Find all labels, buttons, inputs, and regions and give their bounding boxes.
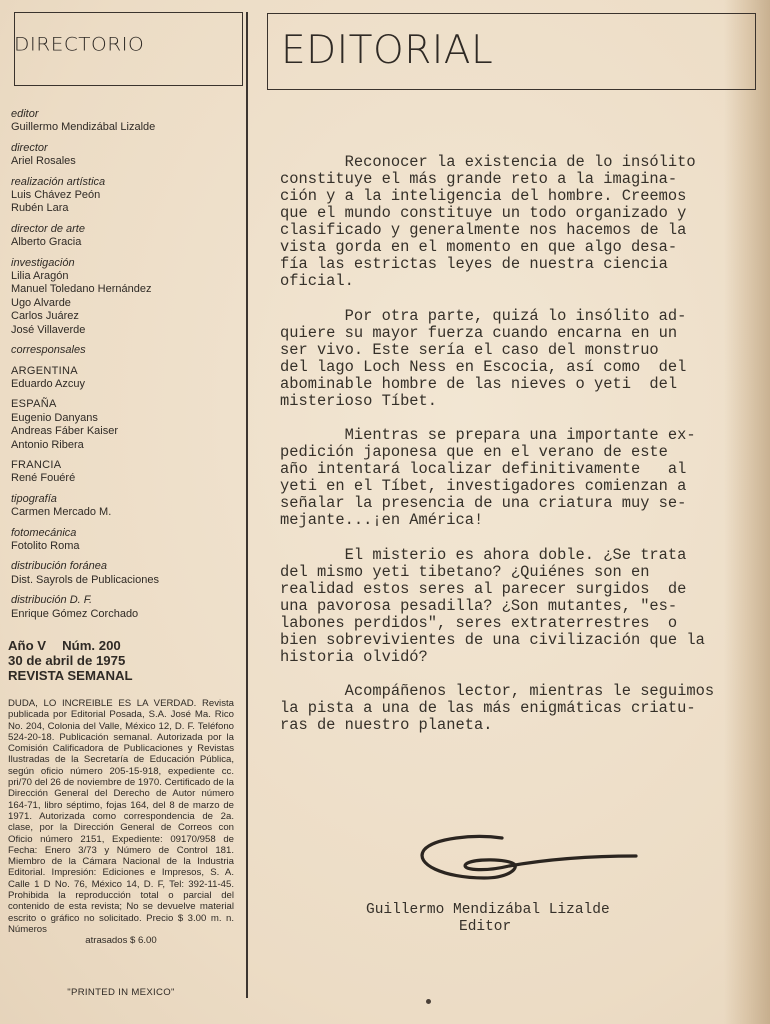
editorial-title: EDITORIAL: [281, 28, 493, 73]
staff-group: ARGENTINAEduardo Azcuy: [11, 365, 241, 392]
staff-country: ARGENTINA: [11, 365, 241, 378]
staff-role: editor: [11, 108, 241, 121]
staff-name: Alberto Gracia: [11, 236, 241, 249]
editorial-paragraph: El misterio es ahora doble. ¿Se trata de…: [280, 547, 750, 666]
staff-group: corresponsales: [11, 344, 241, 357]
staff-role: distribución foránea: [11, 560, 241, 573]
staff-group: ESPAÑAEugenio DanyansAndreas Fáber Kaise…: [11, 398, 241, 452]
staff-country: ESPAÑA: [11, 398, 241, 411]
staff-group: directorAriel Rosales: [11, 142, 241, 169]
staff-role: director de arte: [11, 223, 241, 236]
staff-role: fotomecánica: [11, 527, 241, 540]
printed-in-mexico: "PRINTED IN MEXICO": [8, 987, 234, 998]
editorial-paragraph: Reconocer la existencia de lo insólito c…: [280, 154, 750, 290]
staff-role: distribución D. F.: [11, 594, 241, 607]
back-issues-price: atrasados $ 6.00: [8, 935, 234, 946]
staff-name: Lilia Aragón: [11, 270, 241, 283]
staff-role: corresponsales: [11, 344, 241, 357]
staff-name: Luis Chávez Peón: [11, 189, 241, 202]
staff-name: Guillermo Mendizábal Lizalde: [11, 121, 241, 134]
staff-role: tipografía: [11, 493, 241, 506]
staff-name: Andreas Fáber Kaiser: [11, 425, 241, 438]
staff-name: Fotolito Roma: [11, 540, 241, 553]
ink-spot: [426, 999, 431, 1004]
staff-group: fotomecánicaFotolito Roma: [11, 527, 241, 554]
staff-group: editorGuillermo Mendizábal Lizalde: [11, 108, 241, 135]
staff-group: tipografíaCarmen Mercado M.: [11, 493, 241, 520]
staff-name: Carmen Mercado M.: [11, 506, 241, 519]
staff-name: Dist. Sayrols de Publicaciones: [11, 574, 241, 587]
staff-name: René Fouéré: [11, 472, 241, 485]
staff-name: Enrique Gómez Corchado: [11, 608, 241, 621]
issue-number: Núm. 200: [62, 638, 121, 653]
staff-name: Eugenio Danyans: [11, 412, 241, 425]
issue-frequency: REVISTA SEMANAL: [8, 668, 133, 683]
editorial-paragraph: Mientras se prepara una importante ex- p…: [280, 427, 750, 529]
staff-name: Antonio Ribera: [11, 439, 241, 452]
staff-name: José Villaverde: [11, 324, 241, 337]
staff-group: director de arteAlberto Gracia: [11, 223, 241, 250]
issue-year: Año V: [8, 638, 46, 653]
legal-notice: DUDA, LO INCREIBLE ES LA VERDAD. Revista…: [8, 698, 234, 947]
staff-group: investigaciónLilia AragónManuel Toledano…: [11, 257, 241, 337]
column-divider: [246, 12, 248, 998]
staff-list: editorGuillermo Mendizábal Lizaldedirect…: [11, 108, 241, 628]
signature-role: Editor: [459, 919, 511, 935]
issue-date: 30 de abril de 1975: [8, 653, 133, 668]
staff-group: distribución foráneaDist. Sayrols de Pub…: [11, 560, 241, 587]
staff-name: Carlos Juárez: [11, 310, 241, 323]
staff-name: Eduardo Azcuy: [11, 378, 241, 391]
staff-role: investigación: [11, 257, 241, 270]
staff-name: Ugo Alvarde: [11, 297, 241, 310]
staff-country: FRANCIA: [11, 459, 241, 472]
staff-group: distribución D. F.Enrique Gómez Corchado: [11, 594, 241, 621]
staff-name: Manuel Toledano Hernández: [11, 283, 241, 296]
staff-name: Rubén Lara: [11, 202, 241, 215]
signature-scribble-icon: [414, 826, 639, 886]
staff-role: realización artística: [11, 176, 241, 189]
editorial-paragraph: Por otra parte, quizá lo insólito ad- qu…: [280, 308, 750, 410]
issue-info: Año VNúm. 200 30 de abril de 1975 REVIST…: [8, 638, 133, 683]
staff-role: director: [11, 142, 241, 155]
staff-group: FRANCIARené Fouéré: [11, 459, 241, 486]
editorial-body: Reconocer la existencia de lo insólito c…: [280, 154, 750, 752]
editorial-paragraph: Acompáñenos lector, mientras le seguimos…: [280, 683, 750, 734]
staff-name: Ariel Rosales: [11, 155, 241, 168]
legal-text: DUDA, LO INCREIBLE ES LA VERDAD. Revista…: [8, 698, 234, 935]
directory-title: DIRECTORIO: [14, 33, 144, 56]
staff-group: realización artísticaLuis Chávez PeónRub…: [11, 176, 241, 216]
signature-name: Guillermo Mendizábal Lizalde: [366, 902, 610, 918]
